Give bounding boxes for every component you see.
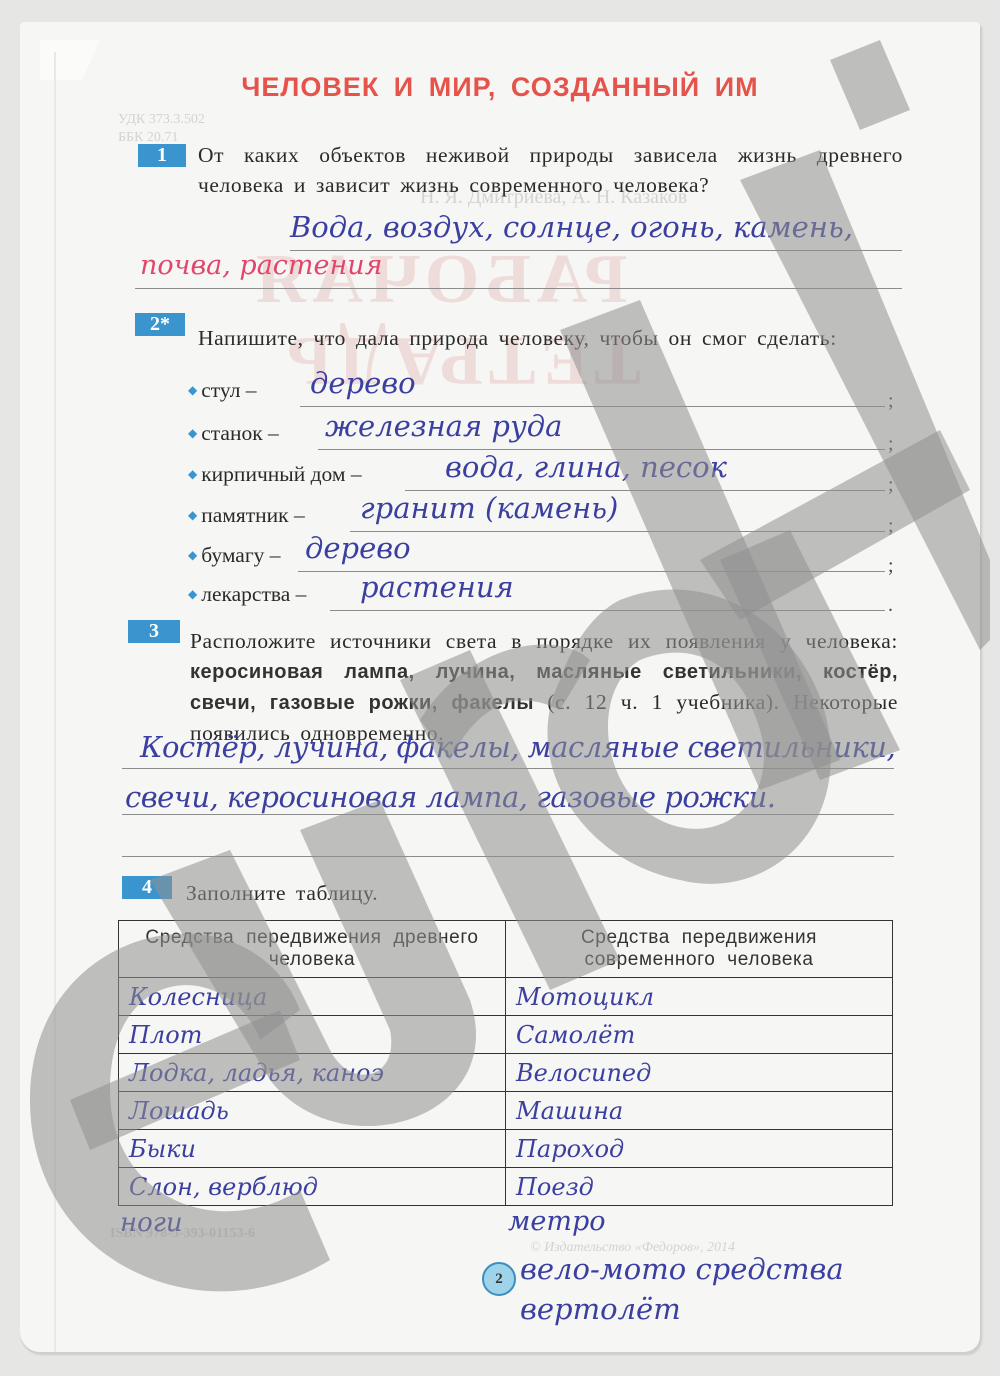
task-4-extra-right-1[interactable]: метро <box>508 1206 606 1237</box>
task-2-answer[interactable]: дерево <box>310 366 416 400</box>
item-end-punct: . <box>888 594 893 617</box>
task-3-answer-1[interactable]: Костёр, лучина, факелы, масляные светиль… <box>140 730 895 764</box>
task-4-extra-right-3[interactable]: вертолёт <box>520 1292 681 1326</box>
item-label: станок – <box>201 421 279 445</box>
task-2-answer[interactable]: дерево <box>305 531 411 565</box>
answer-line <box>122 856 894 857</box>
task-1-question: От каких объектов неживой природы зависе… <box>198 140 903 200</box>
cell-ancient[interactable]: Плот <box>119 1016 506 1054</box>
task-3-badge: 3 <box>128 620 180 643</box>
item-end-punct: ; <box>888 390 894 413</box>
column-header-modern: Средства передвижения современного челов… <box>506 921 893 978</box>
item-label: памятник – <box>201 503 305 527</box>
task-2-answer[interactable]: вода, глина, песок <box>445 450 727 484</box>
table-row: Колесница Мотоцикл <box>119 978 893 1016</box>
answer-line <box>330 610 885 611</box>
cell-ancient[interactable]: Быки <box>119 1130 506 1168</box>
task-4-badge: 4 <box>122 876 172 899</box>
cell-modern[interactable]: Велосипед <box>506 1054 893 1092</box>
diamond-bullet-icon: ◆ <box>188 587 197 601</box>
item-label: бумагу – <box>201 543 280 567</box>
task-4-extra-right-2[interactable]: вело-мото средства <box>520 1252 844 1286</box>
task-2-question: Напишите, что дала природа человеку, что… <box>198 323 903 353</box>
item-end-punct: ; <box>888 515 894 538</box>
diamond-bullet-icon: ◆ <box>188 467 197 481</box>
table-row: Лодка, ладья, каноэ Велосипед <box>119 1054 893 1092</box>
task-1-text: От каких объектов неживой природы зависе… <box>198 143 903 197</box>
task-3-text-1: Расположите источники света в порядке их… <box>190 629 898 653</box>
table-row: Быки Пароход <box>119 1130 893 1168</box>
item-label: кирпичный дом – <box>201 462 361 486</box>
task-3-answer-2[interactable]: свечи, керосиновая лампа, газовые рожки. <box>125 780 776 814</box>
ghost-udk: УДК 373.3.502 <box>118 112 205 128</box>
diamond-bullet-icon: ◆ <box>188 548 197 562</box>
cell-modern[interactable]: Поезд <box>506 1168 893 1206</box>
answer-line <box>122 814 894 815</box>
task-4-question: Заполните таблицу. <box>186 878 486 908</box>
task-1-answer-1[interactable]: Вода, воздух, солнце, огонь, камень, <box>290 210 853 244</box>
cell-ancient[interactable]: Лошадь <box>119 1092 506 1130</box>
page-number: 2 <box>482 1262 516 1296</box>
cell-modern[interactable]: Самолёт <box>506 1016 893 1054</box>
task-2-item: ◆лекарства – <box>188 582 306 607</box>
task-2-answer[interactable]: гранит (камень) <box>360 491 618 525</box>
task-2-answer[interactable]: растения <box>360 570 514 604</box>
task-1-answer-2[interactable]: почва, растения <box>140 250 383 281</box>
item-end-punct: ; <box>888 433 894 456</box>
item-label: стул – <box>201 378 256 402</box>
answer-line <box>350 531 885 532</box>
task-2-item: ◆памятник – <box>188 503 305 528</box>
task-2-item: ◆кирпичный дом – <box>188 462 362 487</box>
cell-modern[interactable]: Пароход <box>506 1130 893 1168</box>
task-4-extra-left[interactable]: ноги <box>120 1208 183 1238</box>
page-edge <box>54 52 56 1352</box>
page-title: ЧЕЛОВЕК И МИР, СОЗДАННЫЙ ИМ <box>0 72 1000 103</box>
table-row: Слон, верблюд Поезд <box>119 1168 893 1206</box>
answer-line <box>135 288 902 289</box>
cell-ancient[interactable]: Лодка, ладья, каноэ <box>119 1054 506 1092</box>
task-2-item: ◆бумагу – <box>188 543 281 568</box>
transport-table: Средства передвижения древнего человека … <box>118 920 893 1206</box>
task-2-answer[interactable]: железная руда <box>325 409 562 443</box>
cell-ancient[interactable]: Слон, верблюд <box>119 1168 506 1206</box>
table-row: Плот Самолёт <box>119 1016 893 1054</box>
answer-line <box>300 406 885 407</box>
task-2-item: ◆стул – <box>188 378 257 403</box>
cell-modern[interactable]: Машина <box>506 1092 893 1130</box>
diamond-bullet-icon: ◆ <box>188 508 197 522</box>
answer-line <box>122 768 894 769</box>
cell-ancient[interactable]: Колесница <box>119 978 506 1016</box>
cell-modern[interactable]: Мотоцикл <box>506 978 893 1016</box>
diamond-bullet-icon: ◆ <box>188 383 197 397</box>
item-end-punct: ; <box>888 555 894 578</box>
task-2-item: ◆станок – <box>188 421 279 446</box>
item-label: лекарства – <box>201 582 306 606</box>
task-1-badge: 1 <box>138 144 186 167</box>
task-2-badge: 2* <box>135 313 185 336</box>
item-end-punct: ; <box>888 474 894 497</box>
table-row: Лошадь Машина <box>119 1092 893 1130</box>
diamond-bullet-icon: ◆ <box>188 426 197 440</box>
column-header-ancient: Средства передвижения древнего человека <box>119 921 506 978</box>
